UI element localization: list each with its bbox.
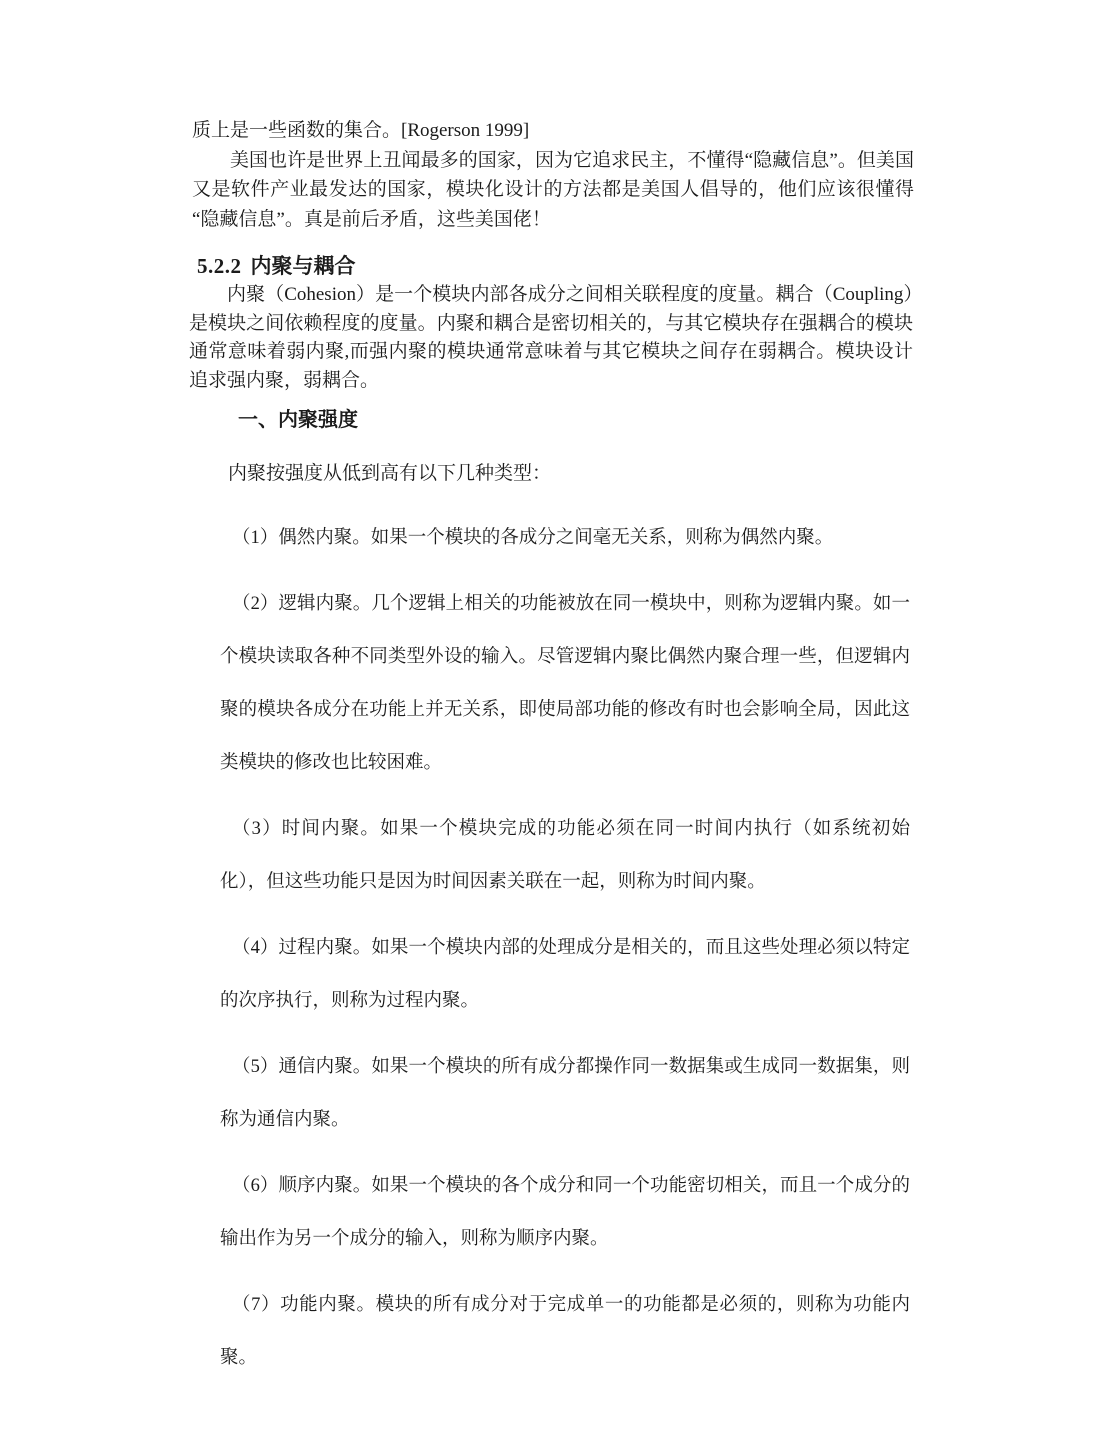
cohesion-item-3: （3）时间内聚。如果一个模块完成的功能必须在同一时间内执行（如系统初始化），但这… bbox=[220, 803, 910, 909]
cohesion-item-1: （1）偶然内聚。如果一个模块的各成分之间毫无关系，则称为偶然内聚。 bbox=[220, 512, 910, 565]
cohesion-coupling-paragraph: 内聚（Cohesion）是一个模块内部各成分之间相关联程度的度量。耦合（Coup… bbox=[189, 281, 913, 395]
cohesion-item-2: （2）逻辑内聚。几个逻辑上相关的功能被放在同一模块中，则称为逻辑内聚。如一个模块… bbox=[220, 578, 910, 790]
cohesion-item-4: （4）过程内聚。如果一个模块内部的处理成分是相关的，而且这些处理必须以特定的次序… bbox=[220, 922, 910, 1028]
opinion-paragraph: 美国也许是世界上丑闻最多的国家，因为它追求民主，不懂得“隐藏信息”。但美国又是软… bbox=[192, 146, 914, 235]
document-page: 质上是一些函数的集合。[Rogerson 1999] 美国也许是世界上丑闻最多的… bbox=[0, 0, 1113, 1440]
continuation-line: 质上是一些函数的集合。[Rogerson 1999] bbox=[192, 116, 914, 146]
cohesion-items-list: （1）偶然内聚。如果一个模块的各成分之间毫无关系，则称为偶然内聚。 （2）逻辑内… bbox=[220, 512, 910, 1385]
section-paragraph-block: 内聚（Cohesion）是一个模块内部各成分之间相关联程度的度量。耦合（Coup… bbox=[189, 281, 913, 395]
cohesion-item-7: （7）功能内聚。模块的所有成分对于完成单一的功能都是必须的，则称为功能内聚。 bbox=[220, 1279, 910, 1385]
subsection-title: 一、内聚强度 bbox=[238, 407, 358, 434]
cohesion-item-6: （6）顺序内聚。如果一个模块的各个成分和同一个功能密切相关，而且一个成分的输出作… bbox=[220, 1160, 910, 1266]
section-title: 内聚与耦合 bbox=[251, 254, 356, 278]
section-heading: 5.2.2内聚与耦合 bbox=[197, 252, 356, 280]
intro-block: 质上是一些函数的集合。[Rogerson 1999] 美国也许是世界上丑闻最多的… bbox=[192, 116, 914, 234]
cohesion-types-lead: 内聚按强度从低到高有以下几种类型： bbox=[228, 460, 551, 487]
cohesion-item-5: （5）通信内聚。如果一个模块的所有成分都操作同一数据集或生成同一数据集，则称为通… bbox=[220, 1041, 910, 1147]
section-number: 5.2.2 bbox=[197, 254, 242, 278]
